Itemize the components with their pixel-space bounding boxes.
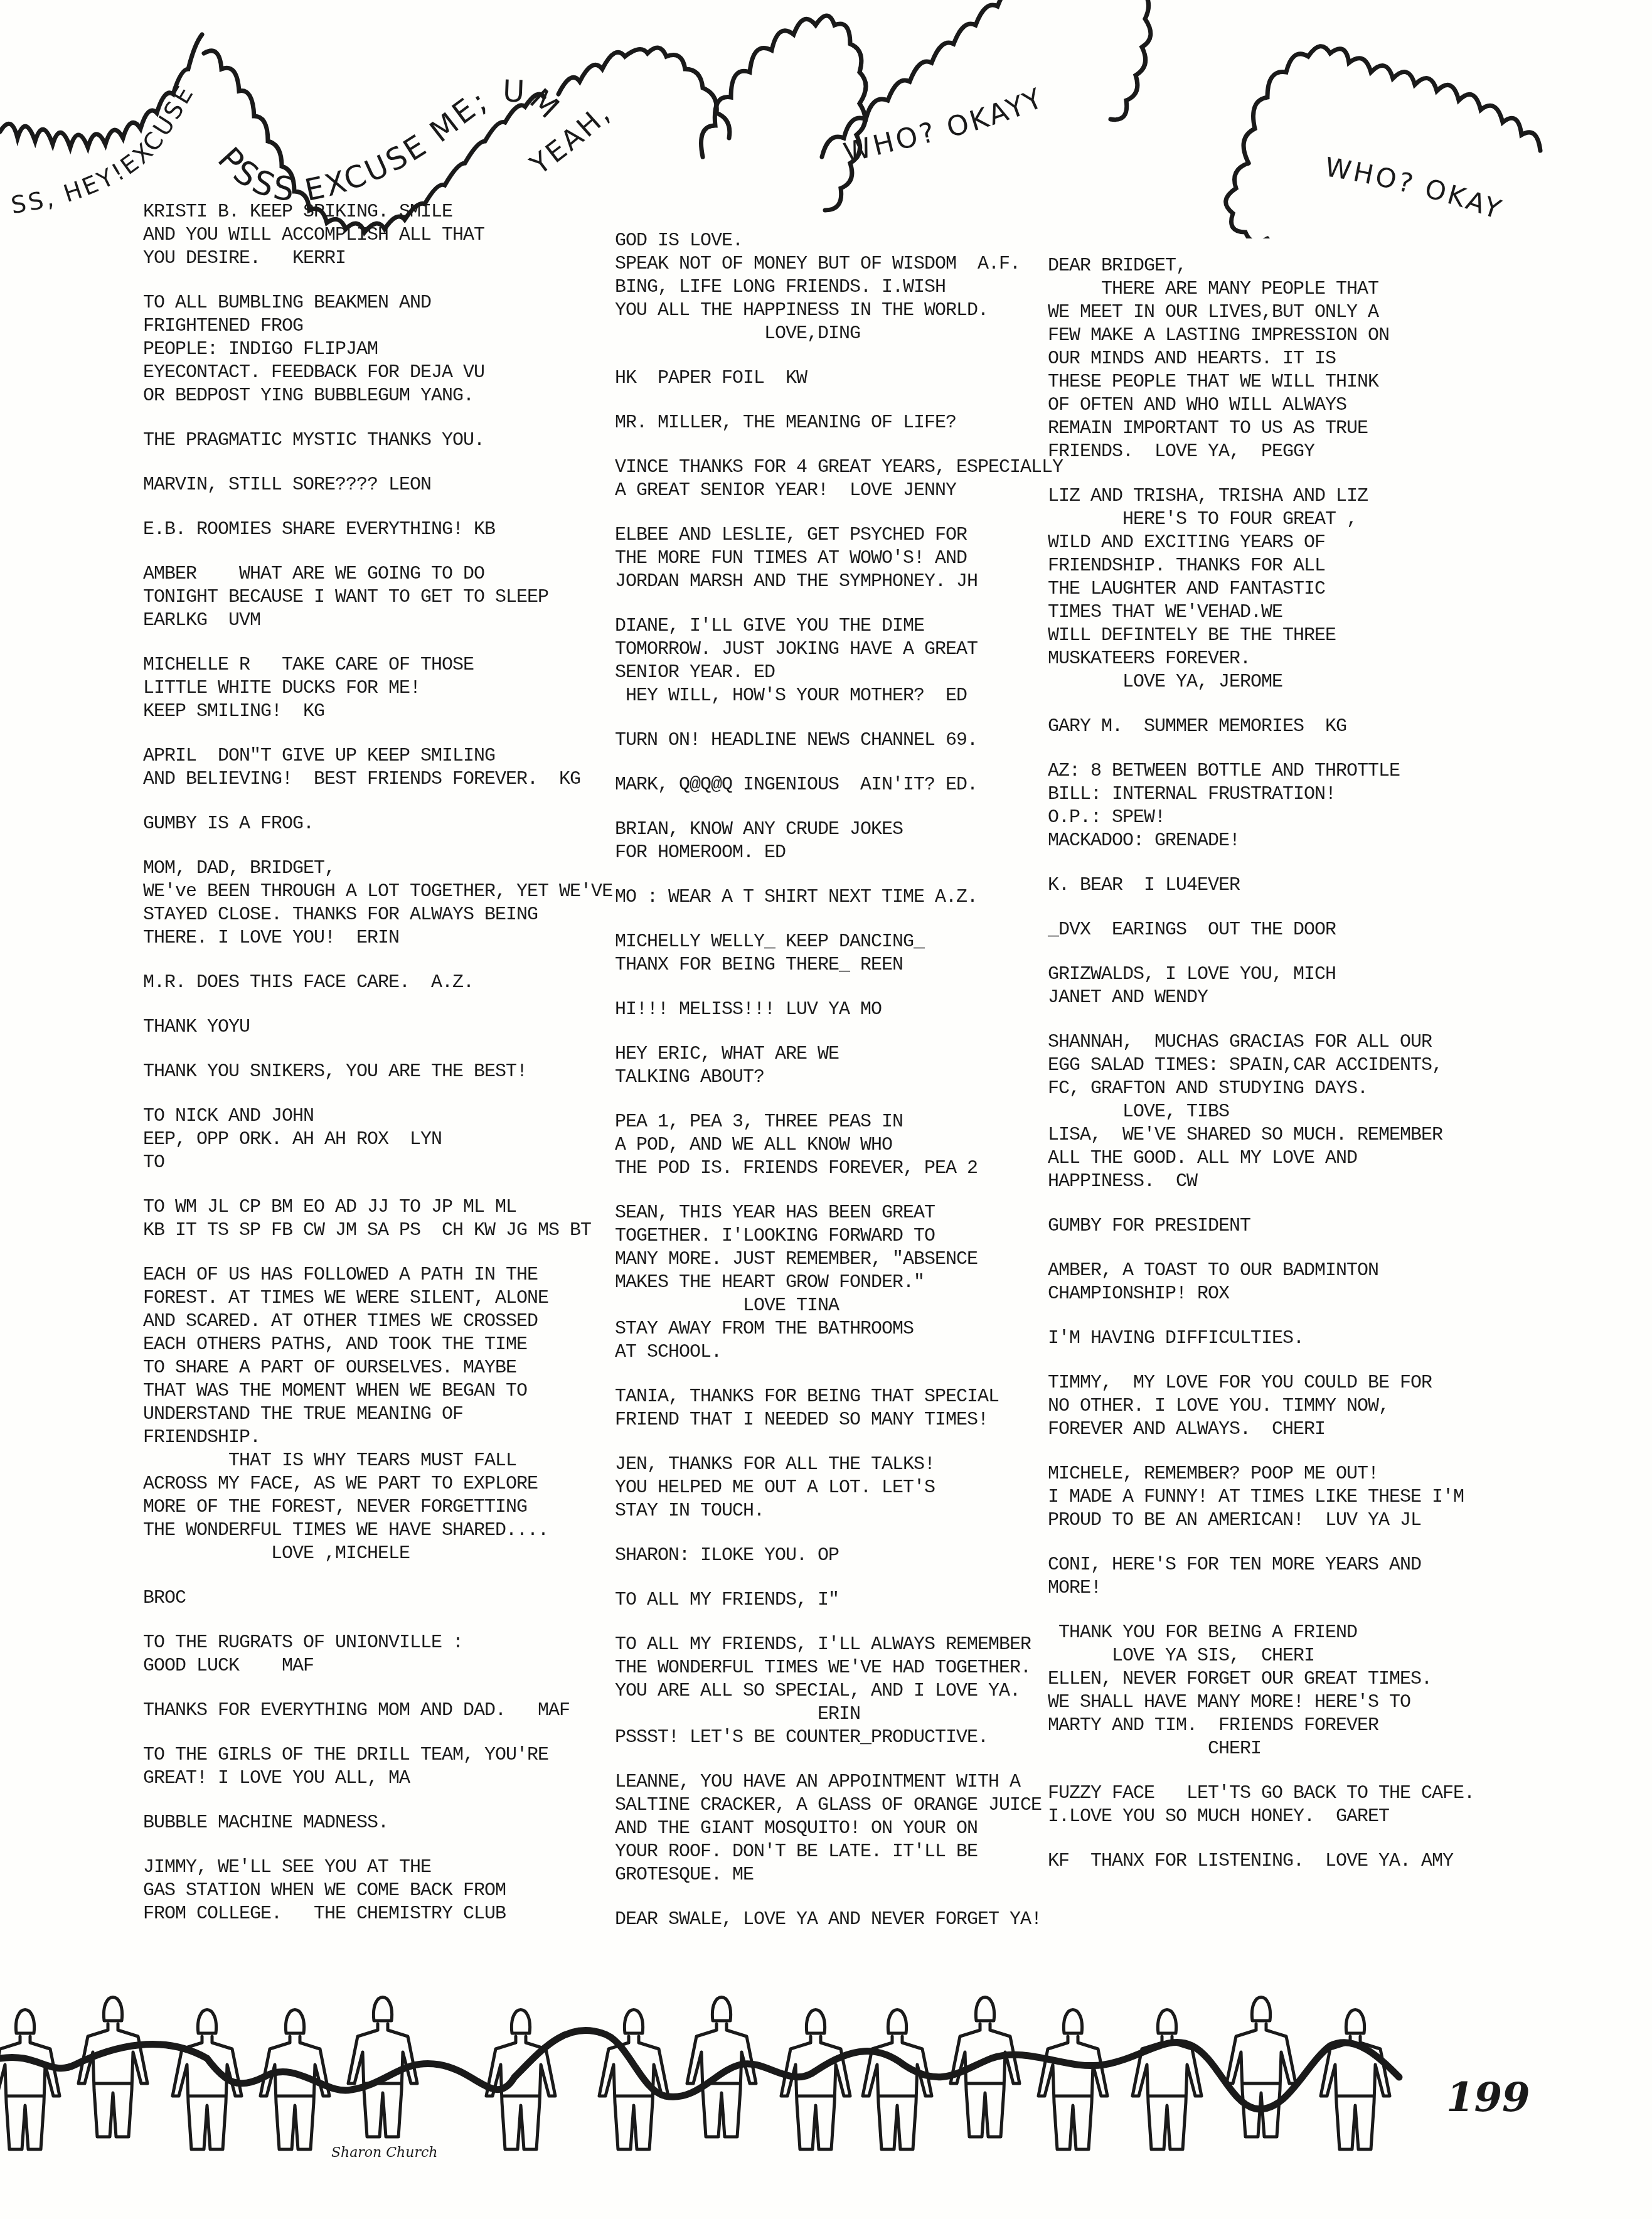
- message-line: GOOD LUCK MAF: [143, 1655, 582, 1678]
- message-line: AMBER WHAT ARE WE GOING TO DO: [143, 563, 582, 586]
- message-note: E.B. ROOMIES SHARE EVERYTHING! KB: [143, 518, 582, 542]
- message-line: ALL THE GOOD. ALL MY LOVE AND: [1048, 1147, 1500, 1170]
- message-line: GARY M. SUMMER MEMORIES KG: [1048, 715, 1500, 739]
- banner-phrase: WHO? OKAY: [1323, 151, 1507, 225]
- person-figure-icon: [599, 2010, 668, 2150]
- message-line: FRIENDS. LOVE YA, PEGGY: [1048, 441, 1500, 464]
- message-line: MARTY AND TIM. FRIENDS FOREVER: [1048, 1714, 1500, 1738]
- message-line: BING, LIFE LONG FRIENDS. I.WISH: [615, 276, 1048, 299]
- message-line: MR. MILLER, THE MEANING OF LIFE?: [615, 412, 1048, 435]
- person-figure-icon: [0, 2010, 60, 2150]
- message-note: AMBER, A TOAST TO OUR BADMINTONCHAMPIONS…: [1048, 1259, 1500, 1306]
- message-note: LIZ AND TRISHA, TRISHA AND LIZ HERE'S TO…: [1048, 485, 1500, 694]
- message-line: FRIENDSHIP. THANKS FOR ALL: [1048, 555, 1500, 578]
- message-line: WILL DEFINTELY BE THE THREE: [1048, 624, 1500, 648]
- message-line: AND THE GIANT MOSQUITO! ON YOUR ON: [615, 1817, 1048, 1841]
- message-line: REMAIN IMPORTANT TO US AS TRUE: [1048, 417, 1500, 441]
- message-line: EGG SALAD TIMES: SPAIN,CAR ACCIDENTS,: [1048, 1054, 1500, 1077]
- message-line: CHAMPIONSHIP! ROX: [1048, 1283, 1500, 1306]
- yearbook-page: SS, HEY!EXCUSE ME PSSS EXCUSE ME; UM YEA…: [0, 0, 1652, 2219]
- message-line: FEW MAKE A LASTING IMPRESSION ON: [1048, 324, 1500, 348]
- message-note: PEA 1, PEA 3, THREE PEAS INA POD, AND WE…: [615, 1111, 1048, 1180]
- message-line: YOU ALL THE HAPPINESS IN THE WORLD.: [615, 299, 1048, 323]
- message-line: TO ALL MY FRIENDS, I'LL ALWAYS REMEMBER: [615, 1634, 1048, 1657]
- message-note: MR. MILLER, THE MEANING OF LIFE?: [615, 412, 1048, 435]
- message-line: AZ: 8 BETWEEN BOTTLE AND THROTTLE: [1048, 760, 1500, 783]
- message-line: SHARON: ILOKE YOU. OP: [615, 1544, 1048, 1568]
- message-line: JEN, THANKS FOR ALL THE TALKS!: [615, 1453, 1048, 1477]
- person-figure-icon: [486, 2010, 555, 2150]
- message-line: ELLEN, NEVER FORGET OUR GREAT TIMES.: [1048, 1668, 1500, 1691]
- message-line: THERE ARE MANY PEOPLE THAT: [1048, 278, 1500, 301]
- message-line: EARLKG UVM: [143, 609, 582, 633]
- message-line: K. BEAR I LU4EVER: [1048, 874, 1500, 897]
- message-note: GARY M. SUMMER MEMORIES KG: [1048, 715, 1500, 739]
- message-line: MARVIN, STILL SORE???? LEON: [143, 474, 582, 497]
- message-line: MO : WEAR A T SHIRT NEXT TIME A.Z.: [615, 886, 1048, 909]
- message-note: TO WM JL CP BM EO AD JJ TO JP ML MLKB IT…: [143, 1196, 582, 1243]
- message-note: DEAR BRIDGET, THERE ARE MANY PEOPLE THAT…: [1048, 255, 1500, 464]
- message-line: GAS STATION WHEN WE COME BACK FROM: [143, 1879, 582, 1903]
- message-line: KF THANX FOR LISTENING. LOVE YA. AMY: [1048, 1850, 1500, 1873]
- message-note: MO : WEAR A T SHIRT NEXT TIME A.Z.: [615, 886, 1048, 909]
- message-note: DIANE, I'LL GIVE YOU THE DIMETOMORROW. J…: [615, 615, 1048, 708]
- messages-column-middle: GOD IS LOVE.SPEAK NOT OF MONEY BUT OF WI…: [615, 230, 1048, 1953]
- message-note: AMBER WHAT ARE WE GOING TO DOTONIGHT BEC…: [143, 563, 582, 633]
- message-line: BRIAN, KNOW ANY CRUDE JOKES: [615, 818, 1048, 842]
- message-line: JORDAN MARSH AND THE SYMPHONEY. JH: [615, 570, 1048, 594]
- message-line: TANIA, THANKS FOR BEING THAT SPECIAL: [615, 1386, 1048, 1409]
- message-line: YOU DESIRE. KERRI: [143, 247, 582, 270]
- message-note: TO ALL MY FRIENDS, I'LL ALWAYS REMEMBERT…: [615, 1634, 1048, 1750]
- message-line: BILL: INTERNAL FRUSTRATION!: [1048, 783, 1500, 806]
- message-line: THAT IS WHY TEARS MUST FALL: [143, 1450, 582, 1473]
- message-line: MOM, DAD, BRIDGET,: [143, 857, 582, 880]
- message-line: SHANNAH, MUCHAS GRACIAS FOR ALL OUR: [1048, 1031, 1500, 1054]
- message-line: UNDERSTAND THE TRUE MEANING OF: [143, 1403, 582, 1426]
- message-line: MARK, Q@Q@Q INGENIOUS AIN'IT? ED.: [615, 774, 1048, 797]
- message-line: YOUR ROOF. DON'T BE LATE. IT'LL BE: [615, 1841, 1048, 1864]
- message-line: TIMES THAT WE'VEHAD.WE: [1048, 601, 1500, 624]
- message-line: GOD IS LOVE.: [615, 230, 1048, 253]
- message-line: WE SHALL HAVE MANY MORE! HERE'S TO: [1048, 1691, 1500, 1714]
- message-line: FOR HOMEROOM. ED: [615, 842, 1048, 865]
- message-line: SALTINE CRACKER, A GLASS OF ORANGE JUICE: [615, 1794, 1048, 1817]
- message-line: WE've BEEN THROUGH A LOT TOGETHER, YET W…: [143, 880, 582, 904]
- message-line: THANX FOR BEING THERE_ REEN: [615, 954, 1048, 977]
- message-line: TOGETHER. I'LOOKING FORWARD TO: [615, 1225, 1048, 1248]
- message-note: MOM, DAD, BRIDGET,WE've BEEN THROUGH A L…: [143, 857, 582, 950]
- message-line: MICHELLE R TAKE CARE OF THOSE: [143, 654, 582, 677]
- message-note: TURN ON! HEADLINE NEWS CHANNEL 69.: [615, 729, 1048, 752]
- message-line: YOU HELPED ME OUT A LOT. LET'S: [615, 1477, 1048, 1500]
- message-line: WILD AND EXCITING YEARS OF: [1048, 532, 1500, 555]
- message-line: A POD, AND WE ALL KNOW WHO: [615, 1134, 1048, 1157]
- message-line: TO THE GIRLS OF THE DRILL TEAM, YOU'RE: [143, 1744, 582, 1767]
- message-line: GRIZWALDS, I LOVE YOU, MICH: [1048, 963, 1500, 987]
- message-note: MICHELLE R TAKE CARE OF THOSELITTLE WHIT…: [143, 654, 582, 724]
- message-line: CONI, HERE'S FOR TEN MORE YEARS AND: [1048, 1554, 1500, 1577]
- message-note: LEANNE, YOU HAVE AN APPOINTMENT WITH ASA…: [615, 1771, 1048, 1887]
- message-line: E.B. ROOMIES SHARE EVERYTHING! KB: [143, 518, 582, 542]
- message-note: EACH OF US HAS FOLLOWED A PATH IN THEFOR…: [143, 1264, 582, 1566]
- message-line: GUMBY IS A FROG.: [143, 813, 582, 836]
- message-line: DIANE, I'LL GIVE YOU THE DIME: [615, 615, 1048, 638]
- message-line: TIMMY, MY LOVE FOR YOU COULD BE FOR: [1048, 1372, 1500, 1395]
- message-line: TO ALL MY FRIENDS, I": [615, 1589, 1048, 1612]
- message-note: MARVIN, STILL SORE???? LEON: [143, 474, 582, 497]
- message-line: TONIGHT BECAUSE I WANT TO GET TO SLEEP: [143, 586, 582, 609]
- person-figure-icon: [1321, 2010, 1390, 2150]
- message-line: OR BEDPOST YING BUBBLEGUM YANG.: [143, 385, 582, 408]
- message-line: KEEP SMILING! KG: [143, 700, 582, 724]
- message-line: MORE OF THE FOREST, NEVER FORGETTING: [143, 1496, 582, 1519]
- message-line: BUBBLE MACHINE MADNESS.: [143, 1812, 582, 1835]
- message-line: HERE'S TO FOUR GREAT ,: [1048, 508, 1500, 532]
- message-line: CHERI: [1048, 1738, 1500, 1761]
- message-line: AND YOU WILL ACCOMPLISH ALL THAT: [143, 224, 582, 247]
- message-line: EYECONTACT. FEEDBACK FOR DEJA VU: [143, 361, 582, 385]
- message-line: BROC: [143, 1587, 582, 1610]
- message-line: FRIEND THAT I NEEDED SO MANY TIMES!: [615, 1409, 1048, 1432]
- message-note: I'M HAVING DIFFICULTIES.: [1048, 1327, 1500, 1350]
- message-line: PEA 1, PEA 3, THREE PEAS IN: [615, 1111, 1048, 1134]
- person-figure-icon: [863, 2010, 932, 2150]
- message-note: TO NICK AND JOHNEEP, OPP ORK. AH AH ROX …: [143, 1105, 582, 1175]
- people-figures-icon: [0, 1964, 1652, 2171]
- message-line: TURN ON! HEADLINE NEWS CHANNEL 69.: [615, 729, 1048, 752]
- message-line: LOVE, TIBS: [1048, 1101, 1500, 1124]
- message-line: HEY WILL, HOW'S YOUR MOTHER? ED: [615, 685, 1048, 708]
- message-line: EACH OTHERS PATHS, AND TOOK THE TIME: [143, 1334, 582, 1357]
- message-line: FRIGHTENED FROG: [143, 315, 582, 338]
- message-note: TO THE GIRLS OF THE DRILL TEAM, YOU'REGR…: [143, 1744, 582, 1790]
- message-line: PEOPLE: INDIGO FLIPJAM: [143, 338, 582, 361]
- message-line: O.P.: SPEW!: [1048, 806, 1500, 830]
- message-line: THE WONDERFUL TIMES WE'VE HAD TOGETHER.: [615, 1657, 1048, 1680]
- message-line: KB IT TS SP FB CW JM SA PS CH KW JG MS B…: [143, 1219, 582, 1243]
- banner-phrase: PSSS: [210, 141, 299, 210]
- message-line: MANY MORE. JUST REMEMBER, "ABSENCE: [615, 1248, 1048, 1271]
- message-note: JEN, THANKS FOR ALL THE TALKS!YOU HELPED…: [615, 1453, 1048, 1523]
- message-line: THESE PEOPLE THAT WE WILL THINK: [1048, 371, 1500, 394]
- message-line: GREAT! I LOVE YOU ALL, MA: [143, 1767, 582, 1790]
- person-figure-icon: [1132, 2010, 1202, 2150]
- artist-signature: Sharon Church: [331, 2145, 437, 2161]
- message-line: DEAR SWALE, LOVE YA AND NEVER FORGET YA!: [615, 1908, 1048, 1932]
- message-line: THAT WAS THE MOMENT WHEN WE BEGAN TO: [143, 1380, 582, 1403]
- message-line: TO NICK AND JOHN: [143, 1105, 582, 1128]
- message-line: SEAN, THIS YEAR HAS BEEN GREAT: [615, 1202, 1048, 1225]
- message-note: HEY ERIC, WHAT ARE WETALKING ABOUT?: [615, 1043, 1048, 1089]
- message-line: MORE!: [1048, 1577, 1500, 1600]
- message-line: STAYED CLOSE. THANKS FOR ALWAYS BEING: [143, 904, 582, 927]
- message-line: MICHELE, REMEMBER? POOP ME OUT!: [1048, 1463, 1500, 1486]
- message-note: ELBEE AND LESLIE, GET PSYCHED FORTHE MOR…: [615, 524, 1048, 594]
- message-line: THANKS FOR EVERYTHING MOM AND DAD. MAF: [143, 1699, 582, 1723]
- message-line: ERIN: [615, 1703, 1048, 1726]
- message-line: FC, GRAFTON AND STUDYING DAYS.: [1048, 1077, 1500, 1101]
- message-line: SENIOR YEAR. ED: [615, 661, 1048, 685]
- message-line: MACKADOO: GRENADE!: [1048, 830, 1500, 853]
- message-line: I.LOVE YOU SO MUCH HONEY. GARET: [1048, 1805, 1500, 1829]
- message-line: FUZZY FACE LET'TS GO BACK TO THE CAFE.: [1048, 1782, 1500, 1805]
- message-note: THE PRAGMATIC MYSTIC THANKS YOU.: [143, 429, 582, 452]
- message-note: SEAN, THIS YEAR HAS BEEN GREATTOGETHER. …: [615, 1202, 1048, 1364]
- message-note: SHANNAH, MUCHAS GRACIAS FOR ALL OUREGG S…: [1048, 1031, 1500, 1194]
- page-number: 199: [1446, 2074, 1530, 2121]
- message-note: BUBBLE MACHINE MADNESS.: [143, 1812, 582, 1835]
- person-figure-icon: [951, 1997, 1020, 2137]
- message-line: ACROSS MY FACE, AS WE PART TO EXPLORE: [143, 1473, 582, 1496]
- message-note: TANIA, THANKS FOR BEING THAT SPECIALFRIE…: [615, 1386, 1048, 1432]
- message-line: LOVE YA, JEROME: [1048, 671, 1500, 694]
- message-line: HK PAPER FOIL KW: [615, 367, 1048, 390]
- message-line: FOREST. AT TIMES WE WERE SILENT, ALONE: [143, 1287, 582, 1310]
- message-line: EEP, OPP ORK. AH AH ROX LYN: [143, 1128, 582, 1152]
- message-line: WE MEET IN OUR LIVES,BUT ONLY A: [1048, 301, 1500, 324]
- messages-column-left: KRISTI B. KEEP SPIKING. SMILEAND YOU WIL…: [143, 201, 582, 1947]
- message-line: HEY ERIC, WHAT ARE WE: [615, 1043, 1048, 1066]
- message-line: VINCE THANKS FOR 4 GREAT YEARS, ESPECIAL…: [615, 456, 1048, 479]
- message-line: TO ALL BUMBLING BEAKMEN AND: [143, 292, 582, 315]
- message-line: JANET AND WENDY: [1048, 987, 1500, 1010]
- message-note: TO ALL MY FRIENDS, I": [615, 1589, 1048, 1612]
- message-line: AND BELIEVING! BEST FRIENDS FOREVER. KG: [143, 768, 582, 791]
- message-line: TO SHARE A PART OF OURSELVES. MAYBE: [143, 1357, 582, 1380]
- message-line: HAPPINESS. CW: [1048, 1170, 1500, 1194]
- message-note: HK PAPER FOIL KW: [615, 367, 1048, 390]
- message-note: AZ: 8 BETWEEN BOTTLE AND THROTTLEBILL: I…: [1048, 760, 1500, 853]
- message-note: THANKS FOR EVERYTHING MOM AND DAD. MAF: [143, 1699, 582, 1723]
- message-line: NO OTHER. I LOVE YOU. TIMMY NOW,: [1048, 1395, 1500, 1418]
- message-line: LOVE YA SIS, CHERI: [1048, 1645, 1500, 1668]
- message-line: STAY AWAY FROM THE BATHROOMS: [615, 1318, 1048, 1341]
- message-line: FRIENDSHIP.: [143, 1426, 582, 1450]
- message-line: LIZ AND TRISHA, TRISHA AND LIZ: [1048, 485, 1500, 508]
- message-note: TO THE RUGRATS OF UNIONVILLE :GOOD LUCK …: [143, 1632, 582, 1678]
- message-note: MARK, Q@Q@Q INGENIOUS AIN'IT? ED.: [615, 774, 1048, 797]
- message-line: GUMBY FOR PRESIDENT: [1048, 1215, 1500, 1238]
- message-line: AT SCHOOL.: [615, 1341, 1048, 1364]
- message-line: FROM COLLEGE. THE CHEMISTRY CLUB: [143, 1903, 582, 1926]
- message-note: _DVX EARINGS OUT THE DOOR: [1048, 919, 1500, 942]
- message-note: K. BEAR I LU4EVER: [1048, 874, 1500, 897]
- person-figure-icon: [1038, 2010, 1107, 2150]
- message-line: THE PRAGMATIC MYSTIC THANKS YOU.: [143, 429, 582, 452]
- message-note: APRIL DON"T GIVE UP KEEP SMILINGAND BELI…: [143, 745, 582, 791]
- message-note: M.R. DOES THIS FACE CARE. A.Z.: [143, 971, 582, 995]
- message-line: JIMMY, WE'LL SEE YOU AT THE: [143, 1856, 582, 1879]
- message-line: M.R. DOES THIS FACE CARE. A.Z.: [143, 971, 582, 995]
- message-note: TO ALL BUMBLING BEAKMEN ANDFRIGHTENED FR…: [143, 292, 582, 408]
- message-line: LOVE TINA: [615, 1295, 1048, 1318]
- message-note: MICHELE, REMEMBER? POOP ME OUT!I MADE A …: [1048, 1463, 1500, 1532]
- message-line: ELBEE AND LESLIE, GET PSYCHED FOR: [615, 524, 1048, 547]
- message-line: DEAR BRIDGET,: [1048, 255, 1500, 278]
- person-figure-icon: [78, 1997, 147, 2137]
- message-note: GUMBY FOR PRESIDENT: [1048, 1215, 1500, 1238]
- message-line: THANK YOU SNIKERS, YOU ARE THE BEST!: [143, 1061, 582, 1084]
- message-note: KF THANX FOR LISTENING. LOVE YA. AMY: [1048, 1850, 1500, 1873]
- message-line: LISA, WE'VE SHARED SO MUCH. REMEMBER: [1048, 1124, 1500, 1147]
- message-note: THANK YOU SNIKERS, YOU ARE THE BEST!: [143, 1061, 582, 1084]
- message-note: VINCE THANKS FOR 4 GREAT YEARS, ESPECIAL…: [615, 456, 1048, 503]
- message-note: THANK YOYU: [143, 1016, 582, 1039]
- message-line: KRISTI B. KEEP SPIKING. SMILE: [143, 201, 582, 224]
- message-note: BROC: [143, 1587, 582, 1610]
- message-line: A GREAT SENIOR YEAR! LOVE JENNY: [615, 479, 1048, 503]
- message-line: LOVE ,MICHELE: [143, 1543, 582, 1566]
- message-line: GROTESQUE. ME: [615, 1864, 1048, 1887]
- message-line: EACH OF US HAS FOLLOWED A PATH IN THE: [143, 1264, 582, 1287]
- message-line: MUSKATEERS FOREVER.: [1048, 648, 1500, 671]
- banner-phrase: SS, HEY!EXCUSE ME: [0, 0, 205, 219]
- message-line: TO WM JL CP BM EO AD JJ TO JP ML ML: [143, 1196, 582, 1219]
- message-note: GOD IS LOVE.SPEAK NOT OF MONEY BUT OF WI…: [615, 230, 1048, 346]
- message-line: AMBER, A TOAST TO OUR BADMINTON: [1048, 1259, 1500, 1283]
- message-line: TO THE RUGRATS OF UNIONVILLE :: [143, 1632, 582, 1655]
- message-line: THERE. I LOVE YOU! ERIN: [143, 927, 582, 950]
- message-note: GRIZWALDS, I LOVE YOU, MICHJANET AND WEN…: [1048, 963, 1500, 1010]
- people-holding-cord-illustration: [0, 1964, 1652, 2171]
- message-note: DEAR SWALE, LOVE YA AND NEVER FORGET YA!: [615, 1908, 1048, 1932]
- message-line: STAY IN TOUCH.: [615, 1500, 1048, 1523]
- message-line: I MADE A FUNNY! AT TIMES LIKE THESE I'M: [1048, 1486, 1500, 1509]
- message-line: PSSST! LET'S BE COUNTER_PRODUCTIVE.: [615, 1726, 1048, 1750]
- message-line: PROUD TO BE AN AMERICAN! LUV YA JL: [1048, 1509, 1500, 1532]
- message-line: _DVX EARINGS OUT THE DOOR: [1048, 919, 1500, 942]
- person-figure-icon: [1227, 1997, 1296, 2137]
- message-line: THE MORE FUN TIMES AT WOWO'S! AND: [615, 547, 1048, 570]
- message-line: THE WONDERFUL TIMES WE HAVE SHARED....: [143, 1519, 582, 1543]
- message-line: OF OFTEN AND WHO WILL ALWAYS: [1048, 394, 1500, 417]
- message-note: BRIAN, KNOW ANY CRUDE JOKESFOR HOMEROOM.…: [615, 818, 1048, 865]
- message-line: TO: [143, 1152, 582, 1175]
- message-line: THANK YOU FOR BEING A FRIEND: [1048, 1622, 1500, 1645]
- message-line: APRIL DON"T GIVE UP KEEP SMILING: [143, 745, 582, 768]
- message-line: SPEAK NOT OF MONEY BUT OF WISDOM A.F.: [615, 253, 1048, 276]
- message-line: THANK YOYU: [143, 1016, 582, 1039]
- message-line: LEANNE, YOU HAVE AN APPOINTMENT WITH A: [615, 1771, 1048, 1794]
- messages-column-right: DEAR BRIDGET, THERE ARE MANY PEOPLE THAT…: [1048, 255, 1500, 1895]
- message-note: SHARON: ILOKE YOU. OP: [615, 1544, 1048, 1568]
- message-line: OUR MINDS AND HEARTS. IT IS: [1048, 348, 1500, 371]
- message-note: MICHELLY WELLY_ KEEP DANCING_THANX FOR B…: [615, 931, 1048, 977]
- message-line: HI!!! MELISS!!! LUV YA MO: [615, 998, 1048, 1022]
- message-note: THANK YOU FOR BEING A FRIEND LOVE YA SIS…: [1048, 1622, 1500, 1761]
- message-line: TOMORROW. JUST JOKING HAVE A GREAT: [615, 638, 1048, 661]
- message-line: AND SCARED. AT OTHER TIMES WE CROSSED: [143, 1310, 582, 1334]
- message-note: HI!!! MELISS!!! LUV YA MO: [615, 998, 1048, 1022]
- message-line: THE LAUGHTER AND FANTASTIC: [1048, 578, 1500, 601]
- message-line: LITTLE WHITE DUCKS FOR ME!: [143, 677, 582, 700]
- message-note: GUMBY IS A FROG.: [143, 813, 582, 836]
- message-note: CONI, HERE'S FOR TEN MORE YEARS ANDMORE!: [1048, 1554, 1500, 1600]
- message-line: MICHELLY WELLY_ KEEP DANCING_: [615, 931, 1048, 954]
- message-note: FUZZY FACE LET'TS GO BACK TO THE CAFE.I.…: [1048, 1782, 1500, 1829]
- message-line: THE POD IS. FRIENDS FOREVER, PEA 2: [615, 1157, 1048, 1180]
- message-line: I'M HAVING DIFFICULTIES.: [1048, 1327, 1500, 1350]
- message-note: JIMMY, WE'LL SEE YOU AT THEGAS STATION W…: [143, 1856, 582, 1926]
- message-line: YOU ARE ALL SO SPECIAL, AND I LOVE YA.: [615, 1680, 1048, 1703]
- message-line: LOVE,DING: [615, 323, 1048, 346]
- message-line: MAKES THE HEART GROW FONDER.": [615, 1271, 1048, 1295]
- message-line: FOREVER AND ALWAYS. CHERI: [1048, 1418, 1500, 1441]
- message-line: TALKING ABOUT?: [615, 1066, 1048, 1089]
- message-note: TIMMY, MY LOVE FOR YOU COULD BE FORNO OT…: [1048, 1372, 1500, 1441]
- message-note: KRISTI B. KEEP SPIKING. SMILEAND YOU WIL…: [143, 201, 582, 270]
